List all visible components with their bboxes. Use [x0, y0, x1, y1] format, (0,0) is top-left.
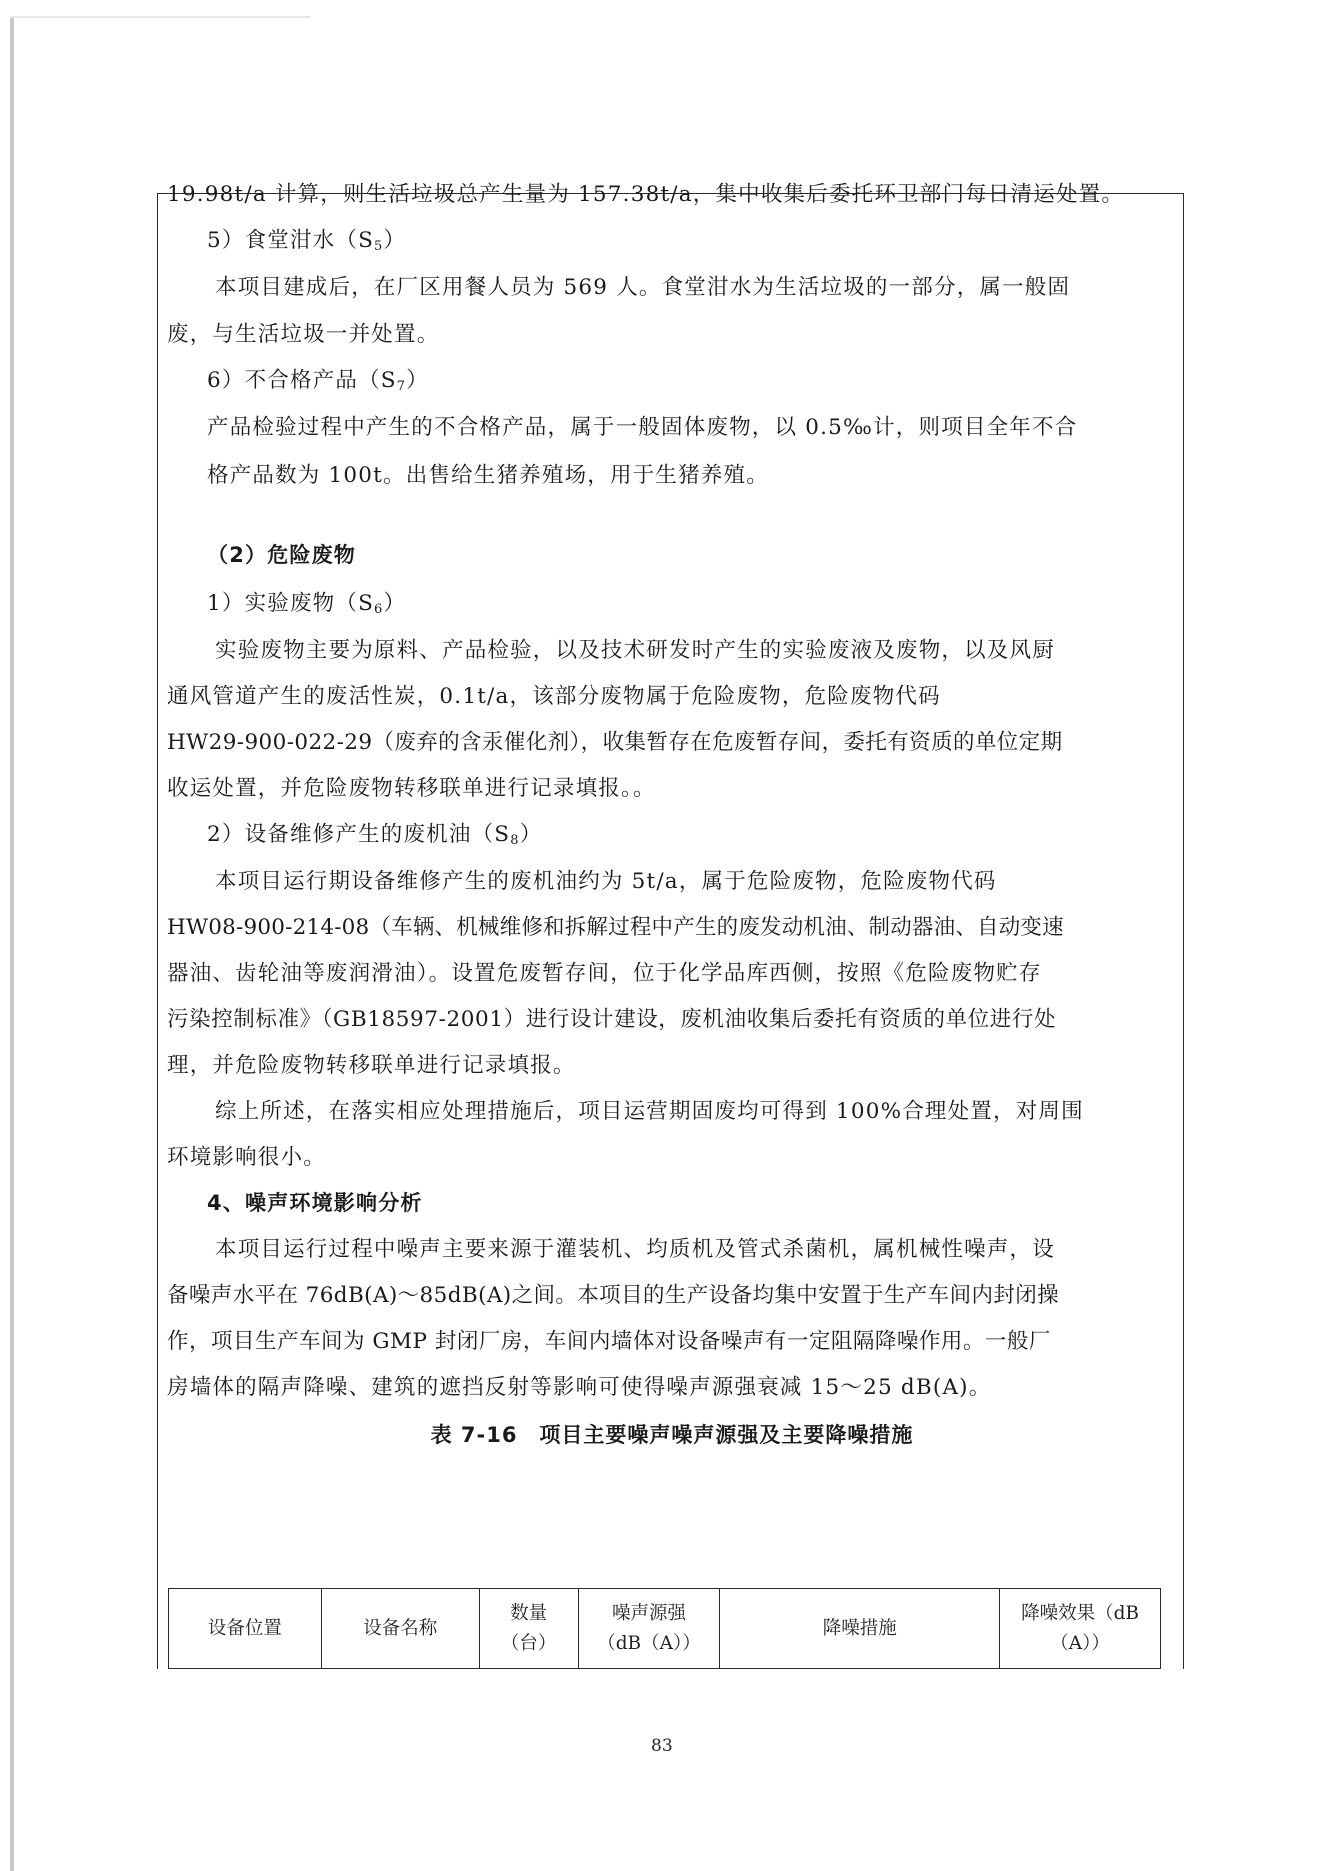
paragraph-line: 废，与生活垃圾一并处置。 [167, 320, 439, 350]
subheading-defective-products: 6）不合格产品（S7） [207, 366, 429, 402]
paragraph-line: 本项目运行期设备维修产生的废机油约为 5t/a，属于危险废物，危险废物代码 [215, 867, 997, 897]
header-equipment-name: 设备名称 [321, 1589, 479, 1669]
header-label: 设备位置 [173, 1614, 317, 1644]
header-label: 降噪效果（dB [1004, 1599, 1156, 1629]
paragraph-line: HW08-900-214-08（车辆、机械维修和拆解过程中产生的废发动机油、制动… [167, 913, 1064, 943]
paragraph-line: 收运处置，并危险废物转移联单进行记录填报。。 [167, 774, 656, 804]
paragraph-line: 本项目运行过程中噪声主要来源于灌装机、均质机及管式杀菌机，属机械性噪声，设 [215, 1235, 1055, 1265]
table-header-row: 设备位置 设备名称 数量 （台） 噪声源强 （dB（A）） 降噪措施 降噪效果（… [169, 1589, 1161, 1669]
header-unit: （dB（A）） [583, 1629, 716, 1659]
header-equipment-location: 设备位置 [169, 1589, 322, 1669]
subheading-text: ） [406, 368, 429, 393]
subscript: 8 [510, 833, 519, 848]
paragraph-line: 19.98t/a 计算，则生活垃圾总产生量为 157.38t/a，集中收集后委托… [167, 180, 1124, 210]
header-noise-reduction-effect: 降噪效果（dB （A）） [1000, 1589, 1161, 1669]
subheading-waste-oil: 2）设备维修产生的废机油（S8） [207, 820, 542, 856]
paragraph-line: 产品检验过程中产生的不合格产品，属于一般固体废物，以 0.5‰计，则项目全年不合 [207, 413, 1077, 443]
header-noise-source-level: 噪声源强 （dB（A）） [578, 1589, 720, 1669]
paragraph-line: 实验废物主要为原料、产品检验，以及技术研发时产生的实验废液及废物，以及风厨 [215, 636, 1055, 666]
subheading-text: ） [520, 822, 543, 847]
header-label: 数量 [484, 1599, 574, 1629]
subheading-text: ） [384, 591, 407, 616]
paragraph-line: 备噪声水平在 76dB(A)～85dB(A)之间。本项目的生产设备均集中安置于生… [167, 1281, 1059, 1311]
subheading-text: 6）不合格产品（S [207, 368, 397, 393]
header-unit: （台） [484, 1629, 574, 1659]
header-unit: （A）） [1004, 1629, 1156, 1659]
paragraph-line: 通风管道产生的废活性炭，0.1t/a，该部分废物属于危险废物，危险废物代码 [167, 682, 941, 712]
scan-edge-left [10, 18, 14, 1871]
paragraph-line: 环境影响很小。 [167, 1143, 326, 1173]
paragraph-line: 污染控制标准》（GB18597-2001）进行设计建设，废机油收集后委托有资质的… [167, 1005, 1056, 1035]
subscript: 7 [397, 379, 406, 394]
section-heading-hazardous-waste: （2）危险废物 [207, 540, 356, 570]
subheading-text: 2）设备维修产生的废机油（S [207, 822, 510, 847]
page-number: 83 [651, 1736, 673, 1756]
paragraph-line: 理，并危险废物转移联单进行记录填报。 [167, 1051, 576, 1081]
paragraph-line: 格产品数为 100t。出售给生猪养殖场，用于生猪养殖。 [207, 461, 769, 491]
paragraph-line: 本项目建成后，在厂区用餐人员为 569 人。食堂泔水为生活垃圾的一部分，属一般固 [215, 273, 1070, 303]
table-caption: 表 7-16 项目主要噪声噪声源强及主要降噪措施 [167, 1419, 1177, 1449]
paragraph-line: HW29-900-022-29（废弃的含汞催化剂），收集暂存在危废暂存间，委托有… [167, 728, 1063, 758]
header-quantity: 数量 （台） [479, 1589, 578, 1669]
subheading-text: ） [384, 228, 407, 253]
section-heading-noise-impact: 4、噪声环境影响分析 [207, 1188, 423, 1218]
subheading-text: 5）食堂泔水（S [207, 228, 374, 253]
paragraph-line: 器油、齿轮油等废润滑油）。设置危废暂存间，位于化学品库西侧，按照《危险废物贮存 [167, 959, 1042, 989]
header-noise-reduction-measures: 降噪措施 [720, 1589, 1000, 1669]
header-label: 设备名称 [326, 1614, 475, 1644]
subheading-text: 1）实验废物（S [207, 591, 374, 616]
paragraph-line: 作，项目生产车间为 GMP 封闭厂房，车间内墙体对设备噪声有一定阻隔降噪作用。一… [167, 1327, 1051, 1357]
header-label: 降噪措施 [724, 1614, 995, 1644]
paragraph-line: 综上所述，在落实相应处理措施后，项目运营期固废均可得到 100%合理处置，对周围 [215, 1097, 1084, 1127]
subheading-lab-waste: 1）实验废物（S6） [207, 589, 406, 625]
noise-source-table: 设备位置 设备名称 数量 （台） 噪声源强 （dB（A）） 降噪措施 降噪效果（… [168, 1588, 1161, 1669]
subheading-canteen-swill: 5）食堂泔水（S5） [207, 226, 406, 262]
header-label: 噪声源强 [583, 1599, 716, 1629]
paragraph-line: 房墙体的隔声降噪、建筑的遮挡反射等影响可使得噪声源强衰减 15～25 dB(A)… [167, 1373, 991, 1403]
scan-edge-top [10, 16, 310, 18]
subscript: 5 [374, 239, 383, 254]
subscript: 6 [374, 602, 383, 617]
